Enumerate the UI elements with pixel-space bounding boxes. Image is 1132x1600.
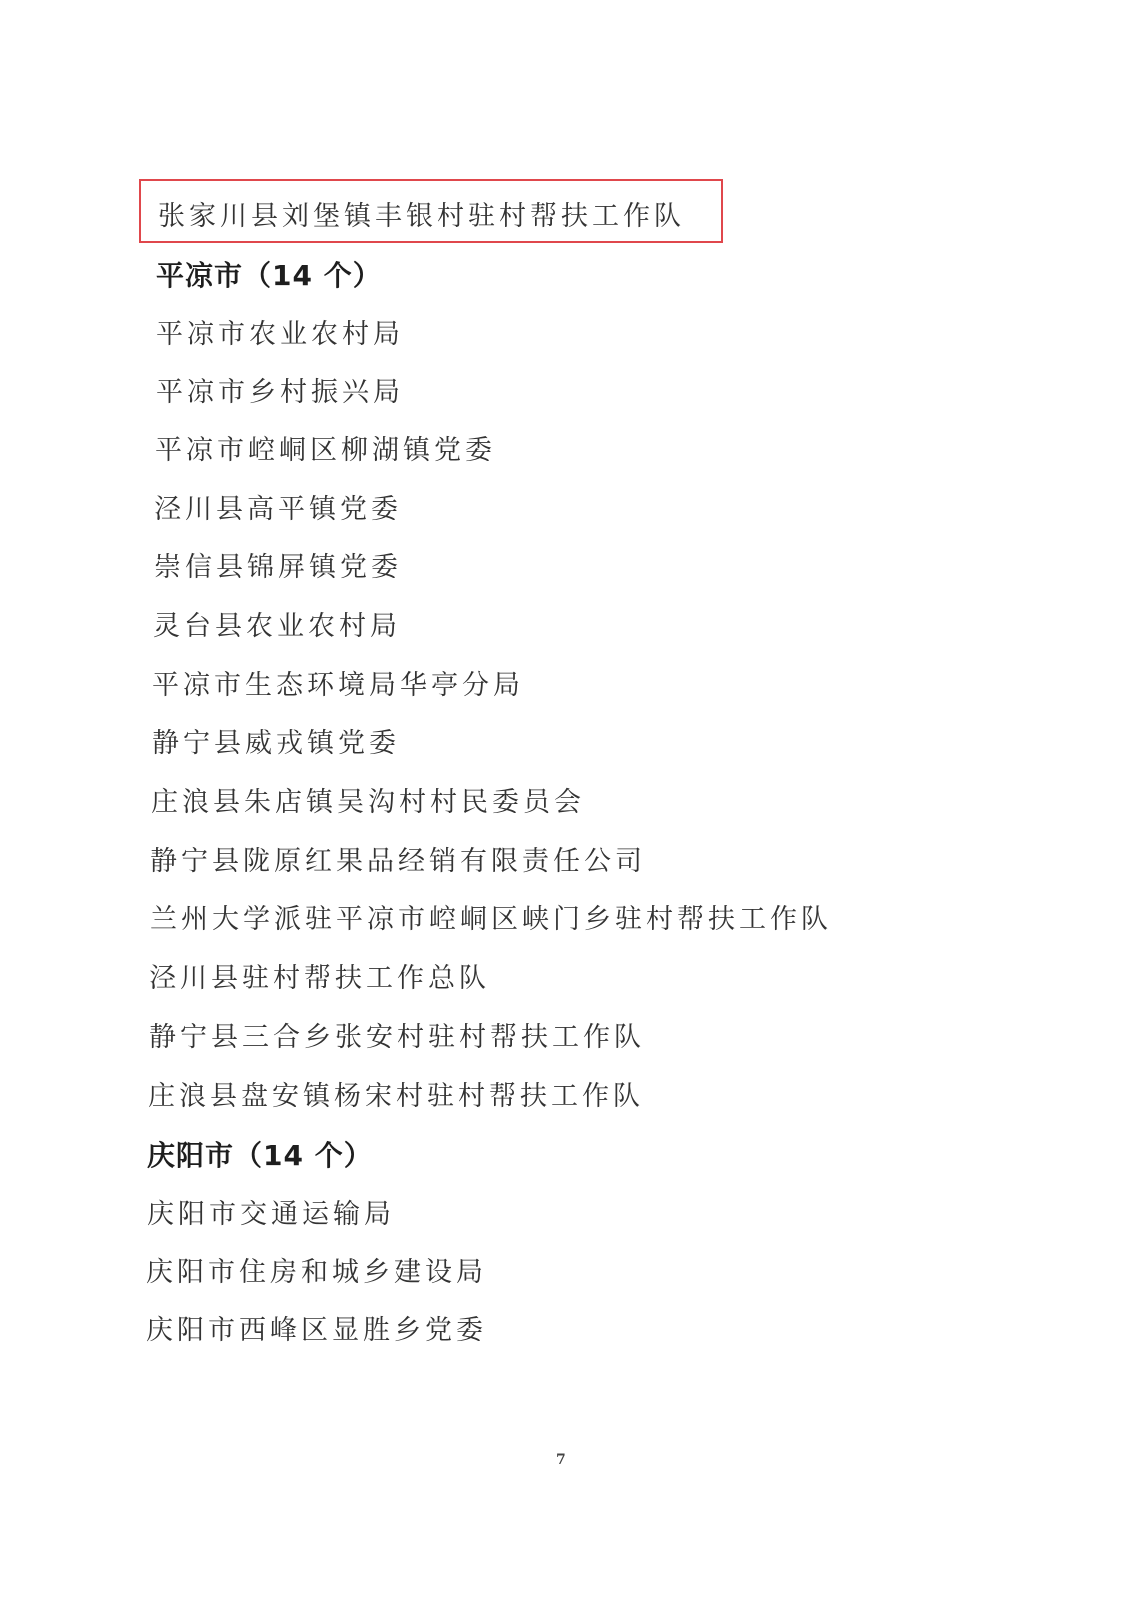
section-heading-qingyang: 庆阳市（14 个） (147, 1136, 373, 1176)
list-item: 庄浪县朱店镇吴沟村村民委员会 (151, 783, 585, 823)
highlighted-entry: 张家川县刘堡镇丰银村驻村帮扶工作队 (158, 197, 685, 237)
page-number: 7 (556, 1452, 566, 1468)
list-item: 泾川县高平镇党委 (154, 490, 402, 530)
list-item: 庆阳市西峰区显胜乡党委 (146, 1311, 487, 1351)
list-item: 平凉市农业农村局 (156, 315, 404, 355)
list-item: 庆阳市住房和城乡建设局 (146, 1253, 487, 1293)
list-item: 灵台县农业农村局 (153, 607, 401, 647)
document-page: 张家川县刘堡镇丰银村驻村帮扶工作队 平凉市（14 个） 平凉市农业农村局 平凉市… (0, 0, 1132, 1600)
list-item: 泾川县驻村帮扶工作总队 (149, 959, 490, 999)
list-item: 庄浪县盘安镇杨宋村驻村帮扶工作队 (148, 1077, 644, 1117)
list-item: 静宁县陇原红果品经销有限责任公司 (150, 842, 646, 882)
list-item: 庆阳市交通运输局 (147, 1195, 395, 1235)
list-item: 静宁县三合乡张安村驻村帮扶工作队 (149, 1018, 645, 1058)
list-item: 平凉市崆峒区柳湖镇党委 (155, 431, 496, 471)
list-item: 崇信县锦屏镇党委 (154, 548, 402, 588)
section-heading-pingliang: 平凉市（14 个） (156, 256, 382, 296)
list-item: 兰州大学派驻平凉市崆峒区峡门乡驻村帮扶工作队 (150, 900, 832, 940)
list-item: 平凉市乡村振兴局 (156, 373, 404, 413)
list-item: 静宁县威戎镇党委 (152, 724, 400, 764)
list-item: 平凉市生态环境局华亭分局 (152, 666, 524, 706)
